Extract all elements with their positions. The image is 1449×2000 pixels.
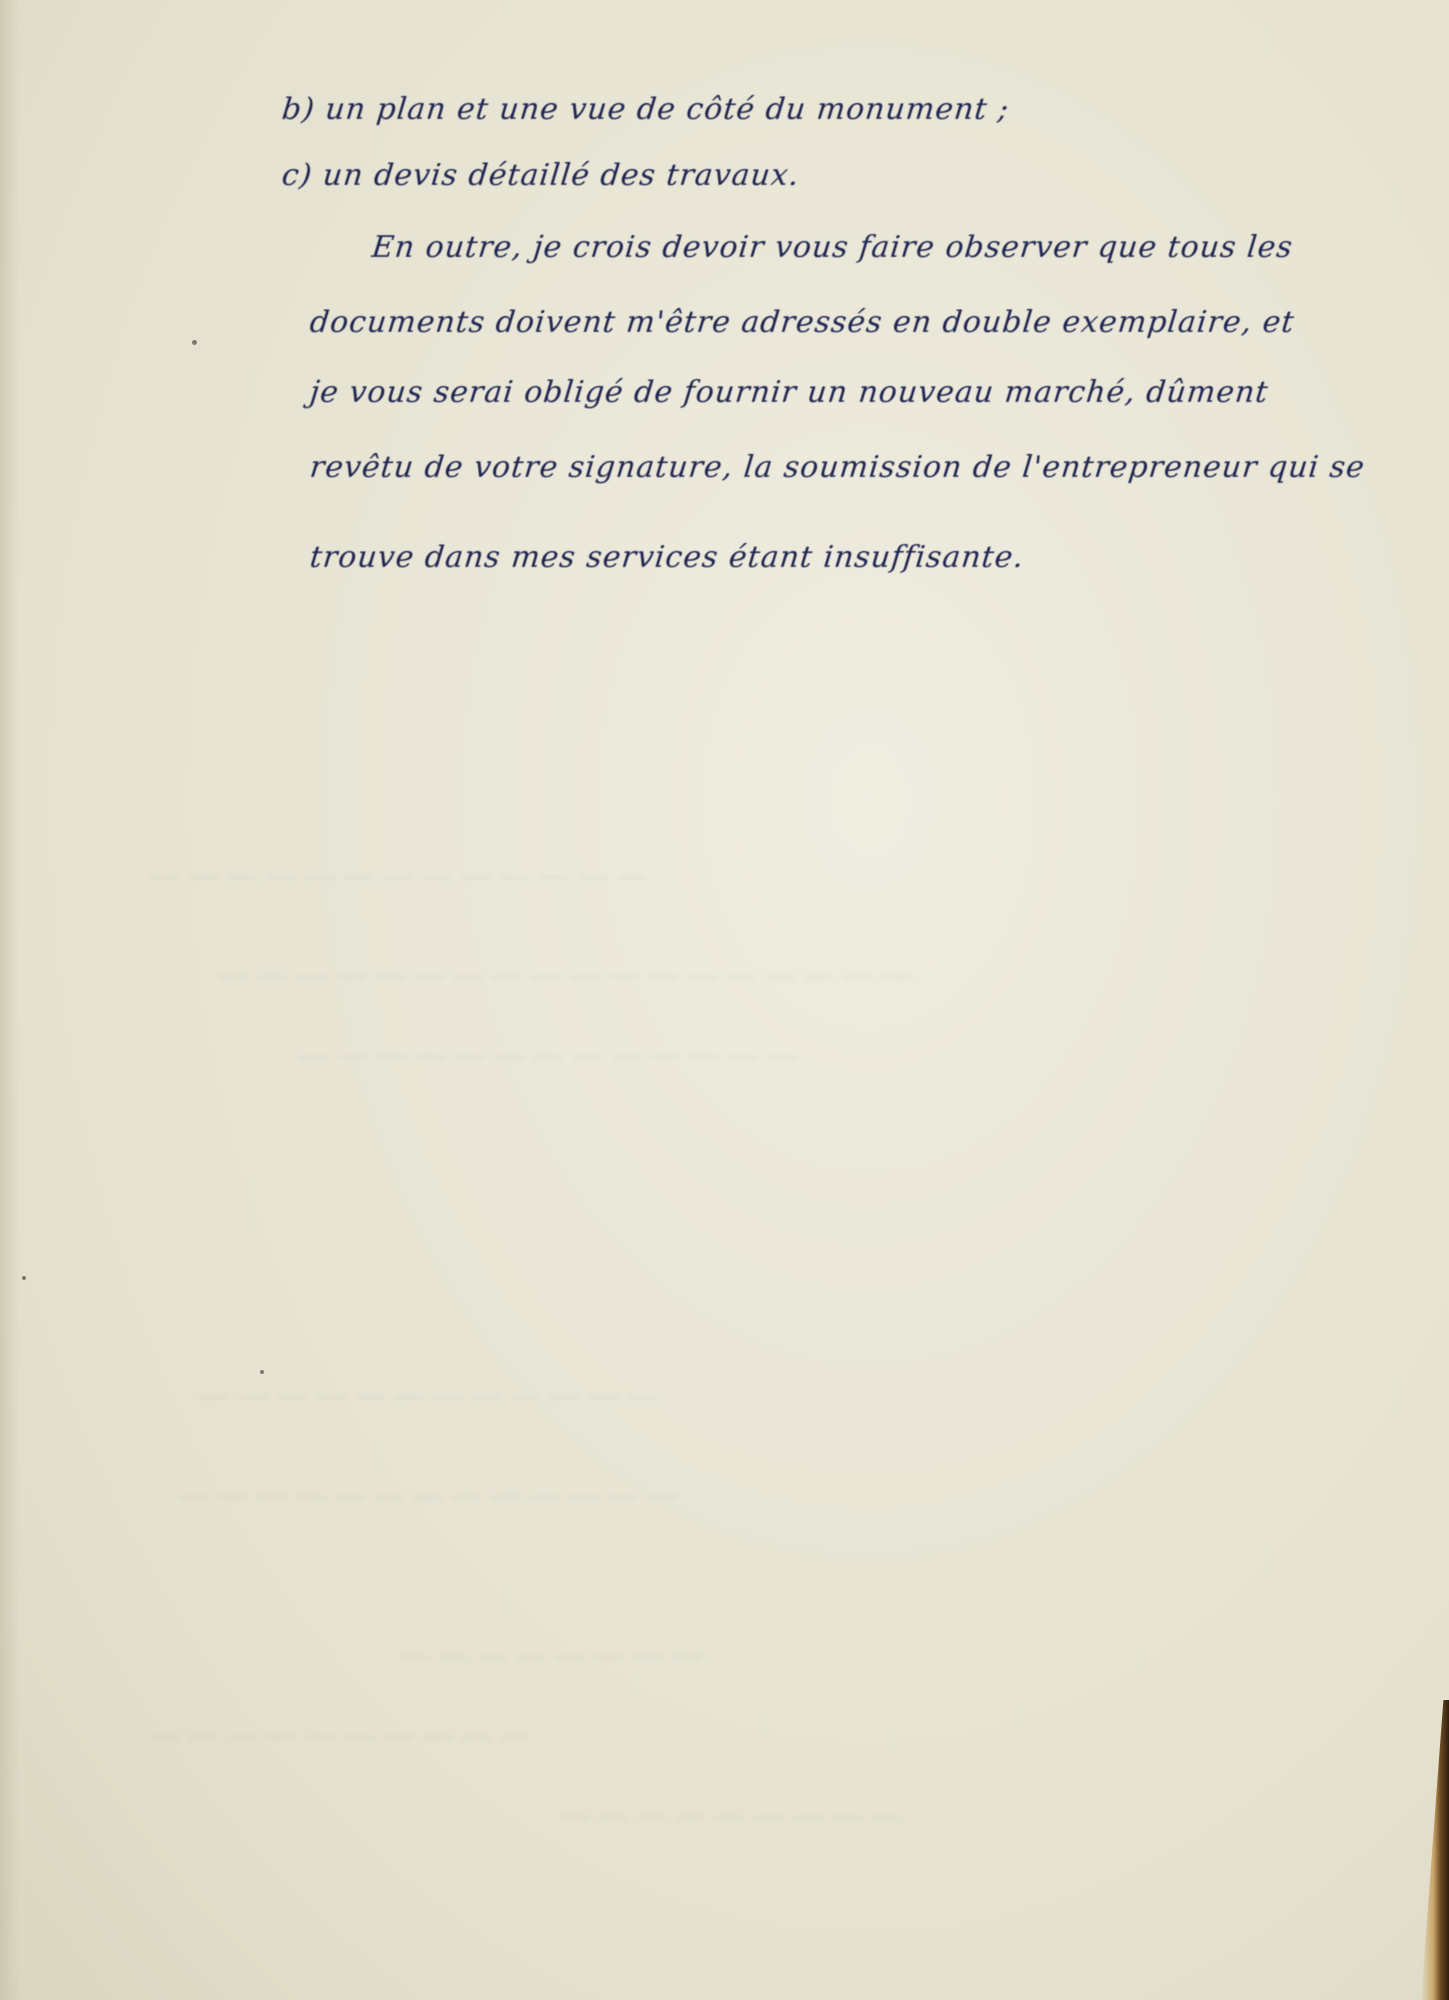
bleed-through-mark: — — — — — — — — — — — — — bbox=[150, 860, 648, 892]
bleed-through-mark: — — — — — — — — — — — — — bbox=[300, 1040, 798, 1072]
handwritten-line: documents doivent m'être adressés en dou… bbox=[308, 305, 1296, 340]
handwritten-line: b) un plan et une vue de côté du monumen… bbox=[280, 92, 1011, 127]
page-torn-edge bbox=[1421, 1700, 1449, 2000]
paper-speck bbox=[260, 1370, 264, 1374]
paper-page: — — — — — — — — — — — — — — — — — — — — … bbox=[0, 0, 1449, 2000]
handwritten-line: En outre, je crois devoir vous faire obs… bbox=[370, 230, 1295, 265]
paper-speck bbox=[22, 1276, 26, 1280]
bleed-through-mark: — — — — — — — — — — — — — bbox=[180, 1480, 678, 1512]
handwritten-line: c) un devis détaillé des travaux. bbox=[280, 158, 801, 193]
bleed-through-mark: — — — — — — — — — — bbox=[150, 1720, 531, 1752]
bleed-through-mark: — — — — — — — — bbox=[400, 1640, 703, 1672]
bleed-through-mark: — — — — — — — — — — — — — — — — — — bbox=[220, 960, 913, 992]
page-left-shadow bbox=[0, 0, 20, 2000]
handwritten-line: trouve dans mes services étant insuffisa… bbox=[308, 540, 1026, 575]
handwritten-line: je vous serai obligé de fournir un nouve… bbox=[308, 375, 1270, 410]
paper-speck bbox=[192, 340, 197, 345]
handwritten-line: revêtu de votre signature, la soumission… bbox=[308, 450, 1367, 485]
bleed-through-mark: — — — — — — — — — — — — bbox=[200, 1380, 659, 1412]
bleed-through-mark: — — — — — — — — — bbox=[560, 1800, 902, 1832]
